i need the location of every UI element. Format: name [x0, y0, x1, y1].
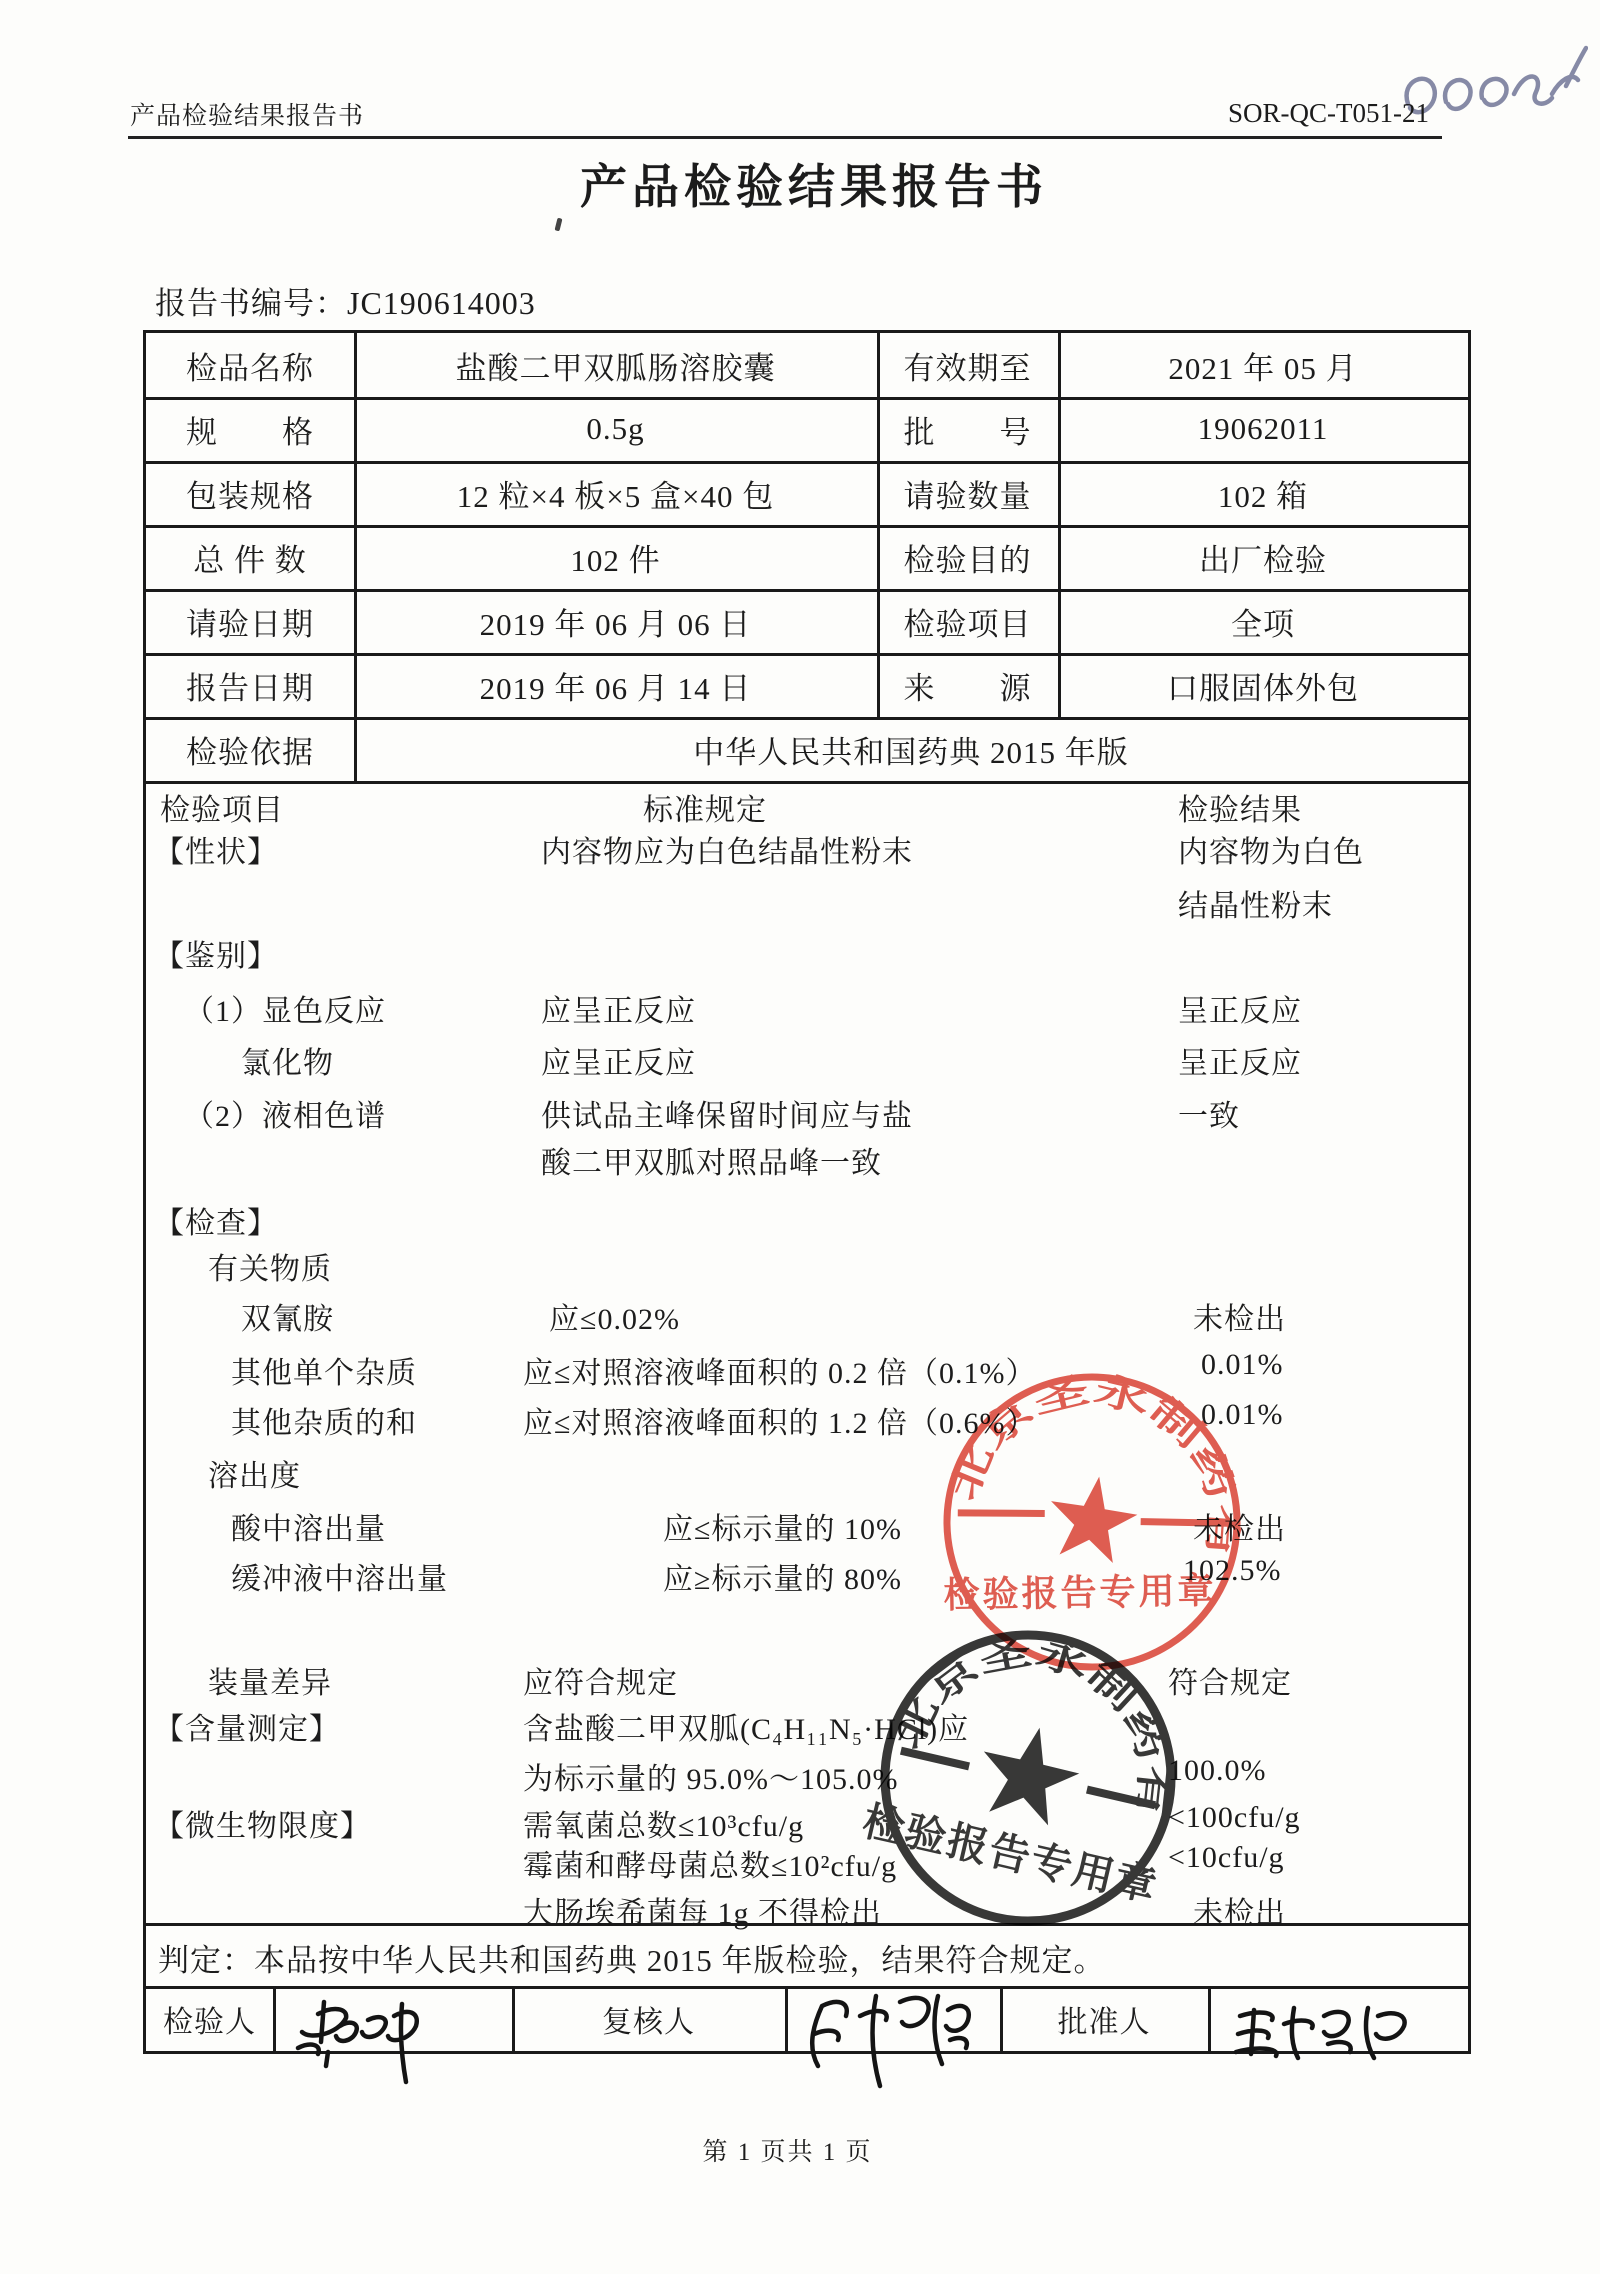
item-result: 符合规定 — [1168, 1658, 1292, 1702]
item-label: 其他杂质的和 — [231, 1398, 417, 1442]
grid-line — [146, 1923, 1468, 1926]
item-label: 【检查】 — [154, 1198, 278, 1242]
page-title: 产品检验结果报告书 — [0, 150, 1600, 217]
item-standard: 应呈正反应 — [541, 986, 696, 1030]
result-row: 酸二甲双胍对照品峰一致 — [146, 1138, 1468, 1180]
page-number: 第 1 页共 1 页 — [0, 2132, 1575, 2168]
item-label: 【鉴别】 — [154, 931, 278, 975]
result-row: （2）液相色谱 供试品主峰保留时间应与盐 一致 — [146, 1091, 1468, 1133]
item-result: 100.0% — [1168, 1754, 1267, 1788]
info-value: 中华人民共和国药典 2015 年版 — [354, 717, 1468, 781]
report-number-value: JC190614003 — [347, 285, 536, 321]
item-label: （1）显色反应 — [184, 986, 386, 1030]
result-row: 结晶性粉末 — [146, 881, 1468, 923]
inspection-report-page: 产品检验结果报告书 SOR-QC-T051-21 产品检验结果报告书 报告书编号… — [0, 0, 1600, 2274]
info-value: 2019 年 06 月 14 日 — [354, 653, 877, 717]
item-label: 酸中溶出量 — [231, 1504, 386, 1548]
item-result: 102.5% — [1183, 1554, 1282, 1588]
info-label: 请验日期 — [146, 589, 354, 653]
info-label: 检验依据 — [146, 717, 354, 781]
result-row: 霉菌和酵母菌总数≤10²cfu/g <10cfu/g — [146, 1841, 1468, 1883]
results-col-item: 检验项目 — [160, 785, 284, 829]
result-row: 【微生物限度】 需氧菌总数≤10³cfu/g <100cfu/g — [146, 1801, 1468, 1843]
result-row: 其他杂质的和 应≤对照溶液峰面积的 1.2 倍（0.6%） 0.01% — [146, 1398, 1468, 1440]
item-result: 未检出 — [1193, 1294, 1286, 1338]
item-standard: 为标示量的 95.0%～105.0% — [523, 1754, 898, 1798]
item-standard: 供试品主峰保留时间应与盐 — [541, 1091, 913, 1135]
grid-line — [1208, 1986, 1211, 2051]
item-standard: 应≤标示量的 10% — [663, 1504, 902, 1548]
results-header-row: 检验项目 标准规定 检验结果 — [146, 785, 1468, 827]
header-rule — [128, 136, 1442, 139]
item-standard: 内容物应为白色结晶性粉末 — [541, 827, 913, 871]
info-label: 包装规格 — [146, 461, 354, 525]
approver-label: 批准人 — [1000, 1986, 1208, 2051]
info-label: 批 号 — [877, 397, 1058, 461]
item-standard: 应≤0.02% — [549, 1294, 680, 1338]
item-label: 双氰胺 — [241, 1294, 334, 1338]
grid-line — [273, 1986, 276, 2051]
item-label: 缓冲液中溶出量 — [231, 1554, 448, 1598]
result-row: 【性状】 内容物应为白色结晶性粉末 内容物为白色 — [146, 827, 1468, 869]
item-label: 有关物质 — [208, 1244, 332, 1288]
page-header-left: 产品检验结果报告书 — [130, 96, 364, 132]
info-value: 12 粒×4 板×5 盒×40 包 — [354, 461, 877, 525]
item-result: 一致 — [1178, 1091, 1240, 1135]
item-label: 【性状】 — [154, 827, 278, 871]
item-label: 装量差异 — [208, 1658, 332, 1702]
result-row: （1）显色反应 应呈正反应 呈正反应 — [146, 986, 1468, 1028]
result-row: 双氰胺 应≤0.02% 未检出 — [146, 1294, 1468, 1336]
result-row: 溶出度 — [146, 1451, 1468, 1493]
info-value: 2019 年 06 月 06 日 — [354, 589, 877, 653]
item-result: 呈正反应 — [1178, 986, 1302, 1030]
item-label: 溶出度 — [208, 1451, 301, 1495]
results-col-standard: 标准规定 — [643, 785, 767, 829]
item-label: 【含量测定】 — [154, 1704, 340, 1748]
item-result: 结晶性粉末 — [1178, 881, 1333, 925]
info-label: 检验目的 — [877, 525, 1058, 589]
item-result: 未检出 — [1193, 1504, 1286, 1548]
item-standard: 霉菌和酵母菌总数≤10²cfu/g — [523, 1841, 897, 1885]
result-row: 其他单个杂质 应≤对照溶液峰面积的 0.2 倍（0.1%） 0.01% — [146, 1348, 1468, 1390]
item-standard: 应≤对照溶液峰面积的 0.2 倍（0.1%） — [523, 1348, 1036, 1392]
item-result: 呈正反应 — [1178, 1038, 1302, 1082]
item-result: <100cfu/g — [1168, 1801, 1301, 1835]
result-row: 【鉴别】 — [146, 931, 1468, 973]
item-standard: 需氧菌总数≤10³cfu/g — [523, 1801, 804, 1845]
item-label: （2）液相色谱 — [184, 1091, 386, 1135]
result-row: 【检查】 — [146, 1198, 1468, 1240]
item-label: 其他单个杂质 — [231, 1348, 417, 1392]
item-standard: 含盐酸二甲双胍(C₄H₁₁N₅·HCl)应 — [523, 1704, 969, 1748]
info-label: 有效期至 — [877, 333, 1058, 397]
info-value: 102 箱 — [1058, 461, 1468, 525]
result-row: 缓冲液中溶出量 应≥标示量的 80% 102.5% — [146, 1554, 1468, 1596]
examiner-label: 检验人 — [146, 1986, 273, 2051]
info-label: 检验项目 — [877, 589, 1058, 653]
report-table: 检品名称 盐酸二甲双胍肠溶胶囊 有效期至 2021 年 05 月 规 格 0.5… — [143, 330, 1471, 2054]
reviewer-signature — [792, 1986, 1002, 2090]
item-label: 氯化物 — [241, 1038, 334, 1082]
report-number: 报告书编号：JC190614003 — [155, 278, 536, 323]
info-label: 检品名称 — [146, 333, 354, 397]
info-value: 0.5g — [354, 397, 877, 461]
info-label: 报告日期 — [146, 653, 354, 717]
item-standard: 酸二甲双胍对照品峰一致 — [541, 1138, 882, 1182]
reviewer-label: 复核人 — [512, 1986, 785, 2051]
report-number-label: 报告书编号： — [155, 286, 347, 321]
item-result: 0.01% — [1201, 1398, 1284, 1432]
result-row: 酸中溶出量 应≤标示量的 10% 未检出 — [146, 1504, 1468, 1546]
item-label: 【微生物限度】 — [154, 1801, 371, 1845]
info-label: 请验数量 — [877, 461, 1058, 525]
item-standard: 应呈正反应 — [541, 1038, 696, 1082]
judgment-text: 判定：本品按中华人民共和国药典 2015 年版检验，结果符合规定。 — [158, 1935, 1106, 1980]
grid-line — [146, 781, 1468, 784]
info-value: 全项 — [1058, 589, 1468, 653]
pen-mark — [555, 218, 563, 232]
info-value: 口服固体外包 — [1058, 653, 1468, 717]
info-value: 2021 年 05 月 — [1058, 333, 1468, 397]
result-row: 【含量测定】 含盐酸二甲双胍(C₄H₁₁N₅·HCl)应 — [146, 1704, 1468, 1746]
approver-signature — [1228, 1996, 1428, 2066]
result-row: 有关物质 — [146, 1244, 1468, 1286]
info-value: 盐酸二甲双胍肠溶胶囊 — [354, 333, 877, 397]
info-label: 规 格 — [146, 397, 354, 461]
item-standard: 应≥标示量的 80% — [663, 1554, 902, 1598]
grid-line — [785, 1986, 788, 2051]
result-row: 氯化物 应呈正反应 呈正反应 — [146, 1038, 1468, 1080]
info-value: 102 件 — [354, 525, 877, 589]
item-result: <10cfu/g — [1168, 1841, 1285, 1875]
item-result: 0.01% — [1201, 1348, 1284, 1382]
info-label: 来 源 — [877, 653, 1058, 717]
result-row: 装量差异 应符合规定 符合规定 — [146, 1658, 1468, 1700]
document-code: SOR-QC-T051-21 — [1228, 98, 1429, 129]
item-standard: 应≤对照溶液峰面积的 1.2 倍（0.6%） — [523, 1398, 1036, 1442]
item-standard: 应符合规定 — [523, 1658, 678, 1702]
results-col-result: 检验结果 — [1178, 785, 1302, 829]
info-value: 19062011 — [1058, 397, 1468, 461]
info-label: 总 件 数 — [146, 525, 354, 589]
item-result: 内容物为白色 — [1178, 827, 1364, 871]
result-row: 为标示量的 95.0%～105.0% 100.0% — [146, 1754, 1468, 1796]
info-value: 出厂检验 — [1058, 525, 1468, 589]
examiner-signature — [288, 1996, 463, 2088]
